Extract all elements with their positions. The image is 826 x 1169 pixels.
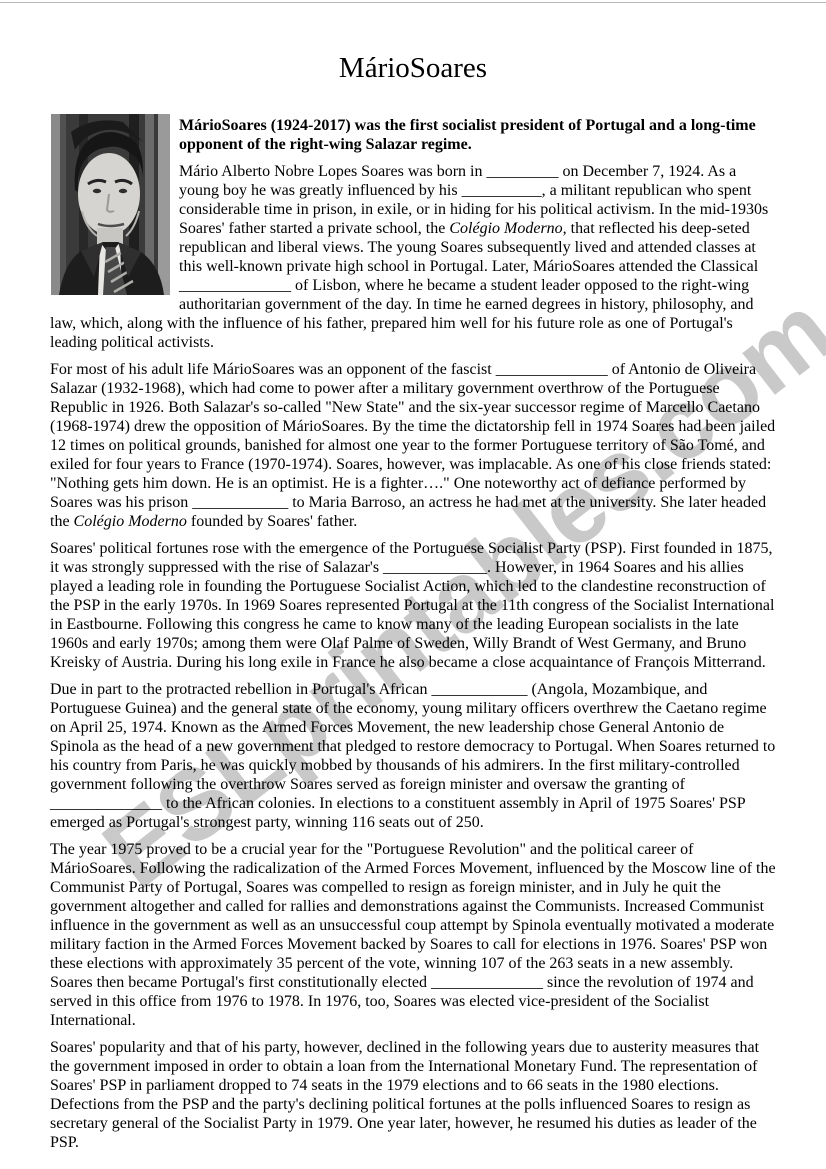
paragraph-text: founded by Soares' father. bbox=[187, 513, 357, 530]
page-title: MárioSoares bbox=[0, 0, 826, 84]
paragraph-decline: Soares' popularity and that of his party… bbox=[50, 1038, 776, 1152]
school-name-italic: Colégio Moderno, bbox=[449, 220, 566, 237]
paragraph-opposition-salazar: For most of his adult life MárioSoares w… bbox=[50, 360, 776, 531]
worksheet-page: ESLprintables.com MárioSoares bbox=[0, 0, 826, 1169]
paragraph-socialist-party: Soares' political fortunes rose with the… bbox=[50, 539, 776, 672]
article-body: MárioSoares (1924-2017) was the first so… bbox=[50, 116, 776, 1152]
paragraph-african-rebellion: Due in part to the protracted rebellion … bbox=[50, 680, 776, 832]
paragraph-text: For most of his adult life MárioSoares w… bbox=[50, 361, 775, 530]
portrait-photo-graphic bbox=[51, 114, 170, 295]
paragraph-1975-revolution: The year 1975 proved to be a crucial yea… bbox=[50, 840, 776, 1030]
school-name-italic: Colégio Moderno bbox=[74, 513, 187, 530]
portrait-photo bbox=[51, 114, 170, 295]
